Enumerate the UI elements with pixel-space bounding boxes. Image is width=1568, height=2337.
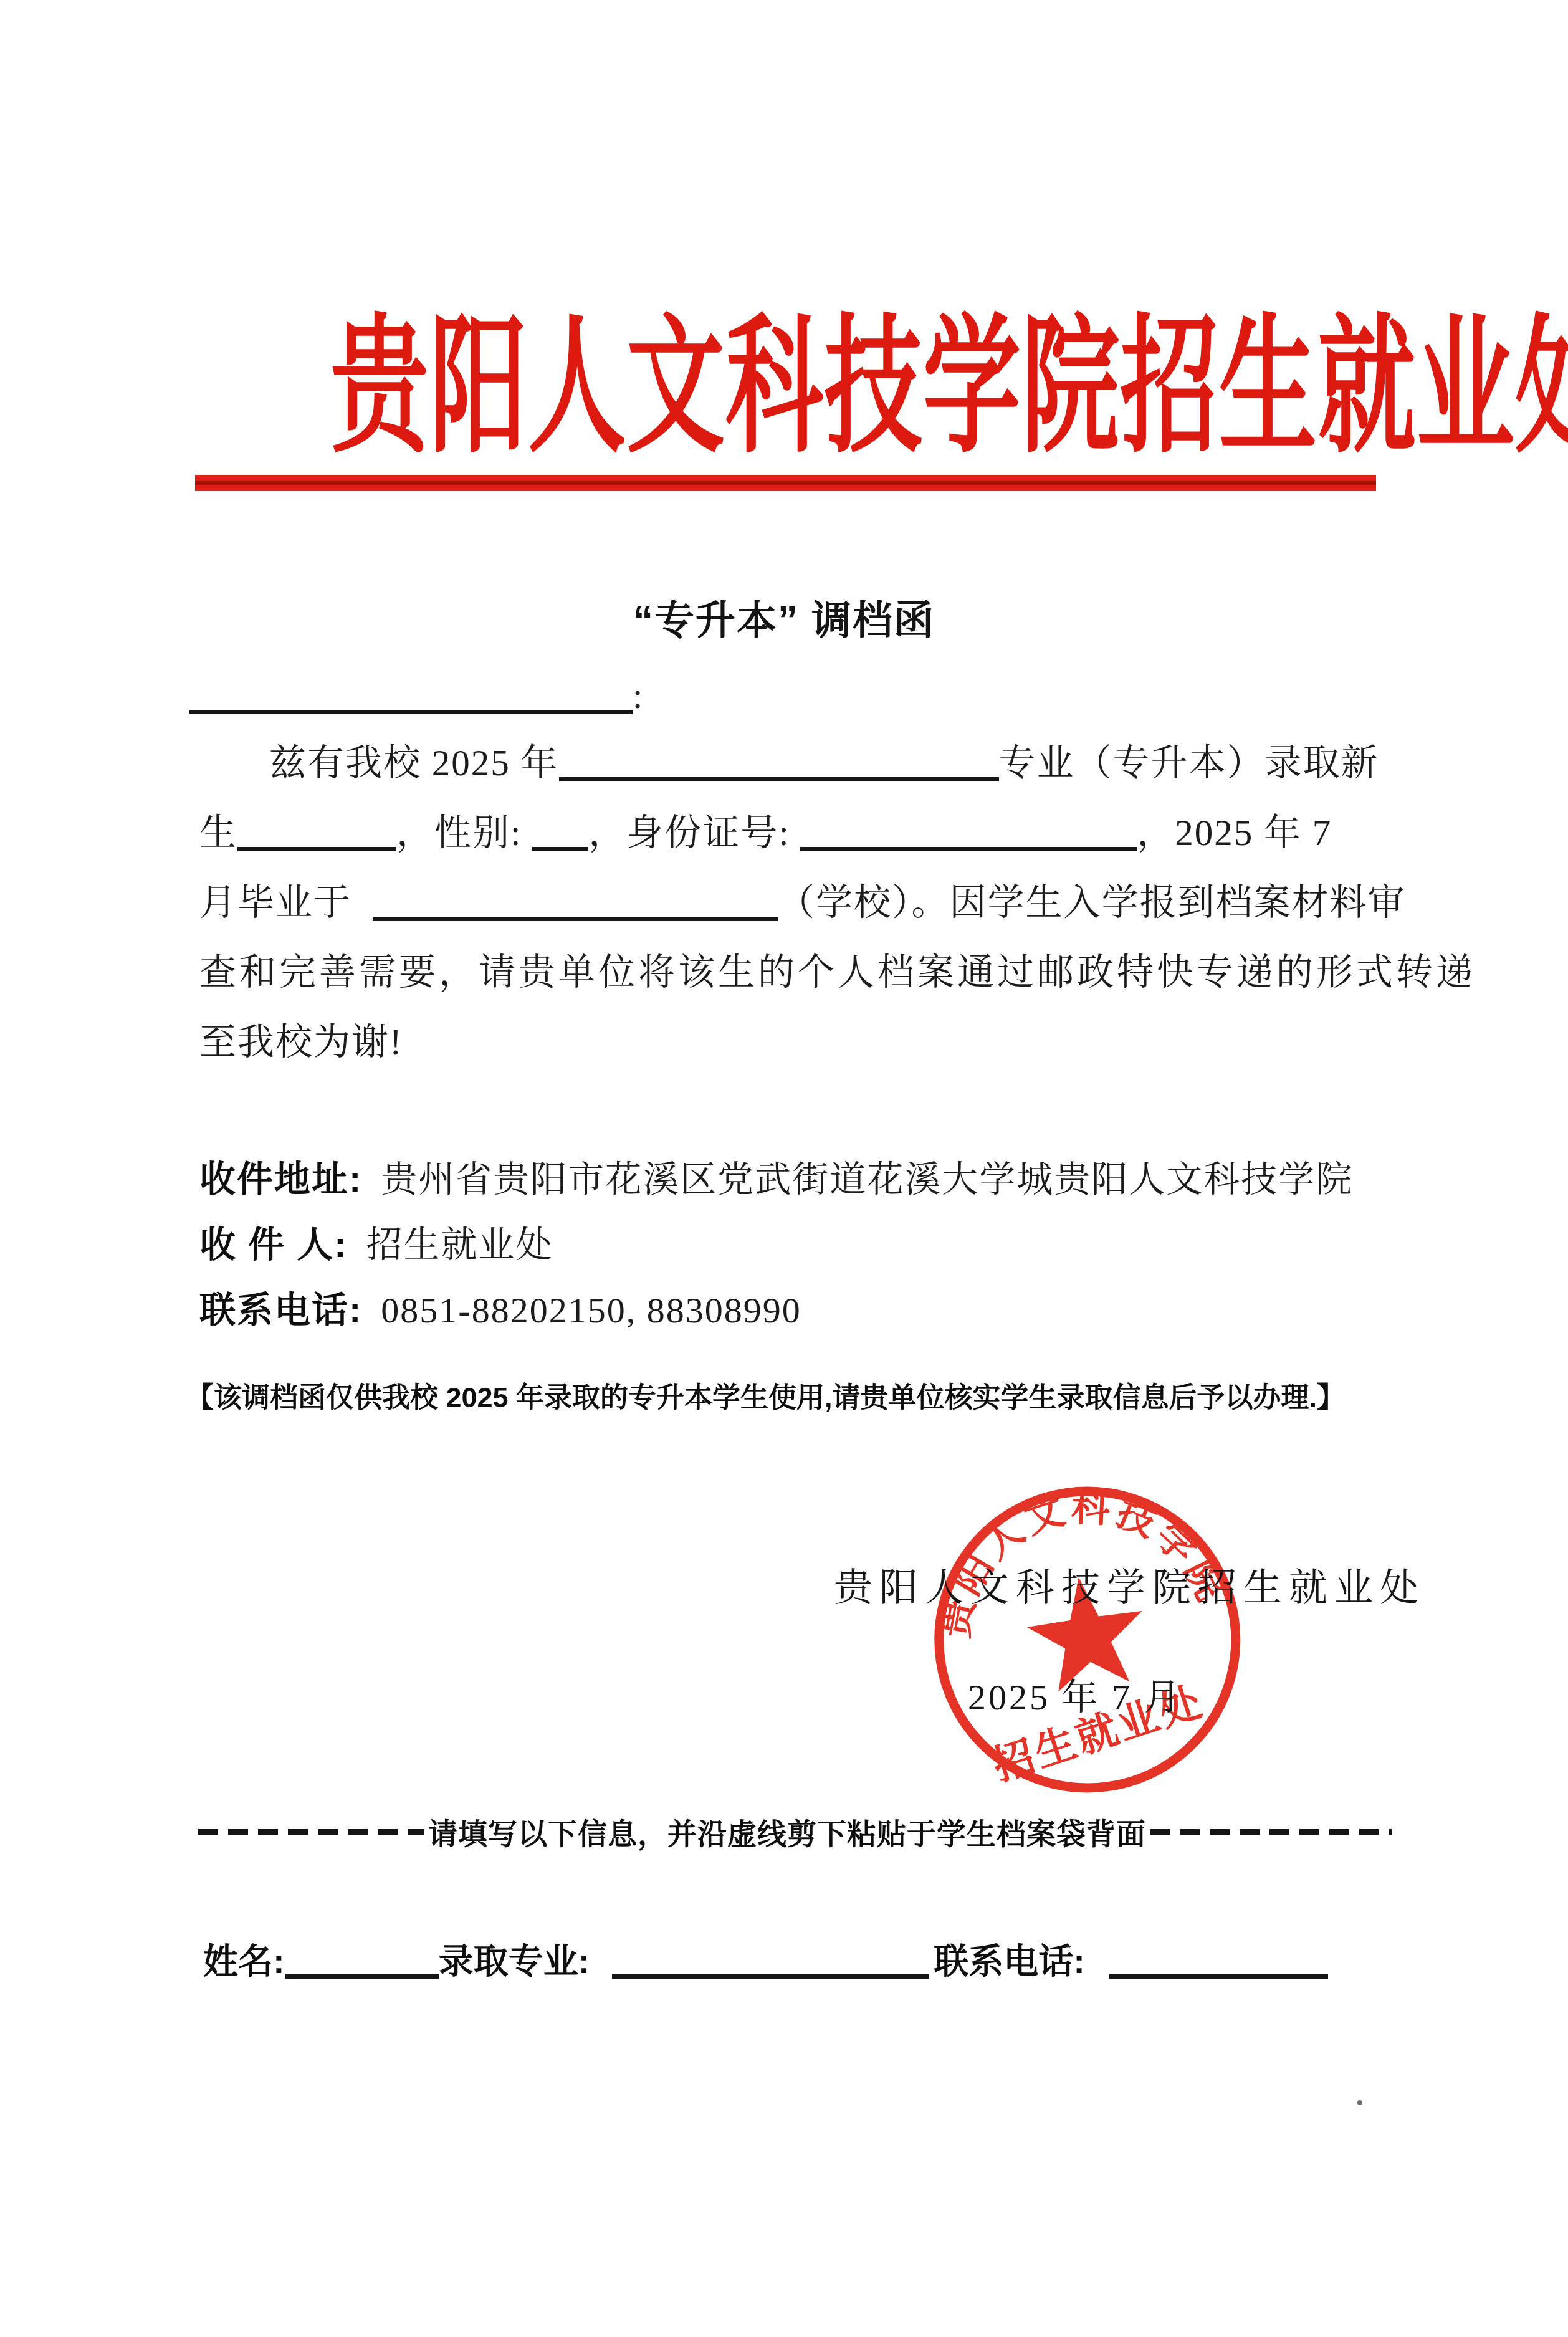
phone-label: 联系电话: (199, 1290, 362, 1331)
footer-name-label: 姓名: (203, 1939, 285, 1983)
salutation-blank-line (189, 710, 633, 714)
body-line-2-seg1: 生 (199, 812, 237, 853)
phone-value: 0851-88202150, 88308990 (381, 1290, 801, 1331)
footer-phone-label: 联系电话: (934, 1939, 1085, 1983)
dashed-line-right (1150, 1829, 1392, 1835)
body-line-3-pre: 月毕业于 (199, 882, 351, 923)
address-label: 收件地址: (199, 1159, 362, 1200)
body-line-2: 生，性别: ，身份证号: ，2025 年 7 (199, 811, 1402, 855)
name-blank-line (237, 847, 396, 851)
signature-office-name: 贵阳人文科技学院招生就业处 (834, 1557, 1425, 1612)
signature-date: 2025 年 7 月 (968, 1668, 1183, 1720)
scanned-letter-page: 贵阳人文科技学院招生就业处 “专升本” 调档函 : 兹有我校 2025 年专业（… (0, 0, 1568, 2337)
letterhead-rule (195, 475, 1376, 491)
footer-fields-row: 姓名: 录取专业: 联系电话: (203, 1939, 1400, 1983)
recipient-value: 招生就业处 (366, 1225, 553, 1265)
body-line-5: 至我校为谢! (199, 1021, 1402, 1064)
school-blank-line (373, 917, 778, 921)
contact-address-row: 收件地址:贵州省贵阳市花溪区党武街道花溪大学城贵阳人文科技学院 (199, 1159, 1353, 1201)
body-line-1-pre: 兹有我校 2025 年 (269, 742, 559, 783)
gender-blank-line (532, 847, 588, 851)
body-line-2-seg2: ，性别: (396, 812, 532, 853)
body-line-1-post: 专业（专升本）录取新 (999, 742, 1379, 783)
usage-notice: 【该调档函仅供我校 2025 年录取的专升本学生使用,请贵单位核实学生录取信息后… (186, 1375, 1401, 1415)
body-line-4: 查和完善需要，请贵单位将该生的个人档案通过邮政特快专递的形式转递 (199, 951, 1402, 995)
letterhead-title: 贵阳人文科技学院招生就业处 (330, 310, 1568, 466)
contact-phone-row: 联系电话:0851-88202150, 88308990 (199, 1290, 801, 1332)
contact-recipient-row: 收 件 人:招生就业处 (199, 1225, 553, 1266)
footer-major-blank-line (612, 1974, 929, 1979)
footer-major-label: 录取专业: (439, 1939, 590, 1983)
major-blank-line (559, 777, 999, 781)
letterhead: 贵阳人文科技学院招生就业处 (0, 310, 1568, 466)
official-seal-stamp: 贵阳人文科技学院 招生就业处 (930, 1478, 1254, 1802)
cut-line-instruction: 请填写以下信息，并沿虚线剪下粘贴于学生档案袋背面 (428, 1811, 1146, 1853)
address-value: 贵州省贵阳市花溪区党武街道花溪大学城贵阳人文科技学院 (381, 1159, 1353, 1200)
footer-phone-blank-line (1109, 1974, 1328, 1979)
salutation-colon: : (633, 675, 644, 716)
salutation-line: : (189, 674, 1392, 718)
body-line-1: 兹有我校 2025 年专业（专升本）录取新 (199, 742, 1402, 785)
body-line-3-post: （学校）。因学生入学报到档案材料审 (778, 882, 1406, 923)
document-title: “专升本” 调档函 (0, 598, 1568, 642)
dashed-line-left (198, 1829, 424, 1835)
body-line-2-seg3: ，身份证号: (588, 812, 800, 853)
cut-line: 请填写以下信息，并沿虚线剪下粘贴于学生档案袋背面 (198, 1811, 1392, 1853)
recipient-label: 收 件 人: (199, 1225, 348, 1265)
body-line-3: 月毕业于（学校）。因学生入学报到档案材料审 (199, 881, 1402, 925)
id-number-blank-line (800, 847, 1137, 851)
body-line-2-seg4: ，2025 年 7 (1137, 812, 1332, 853)
footer-name-blank-line (285, 1974, 439, 1979)
scan-speck (1357, 2100, 1362, 2105)
